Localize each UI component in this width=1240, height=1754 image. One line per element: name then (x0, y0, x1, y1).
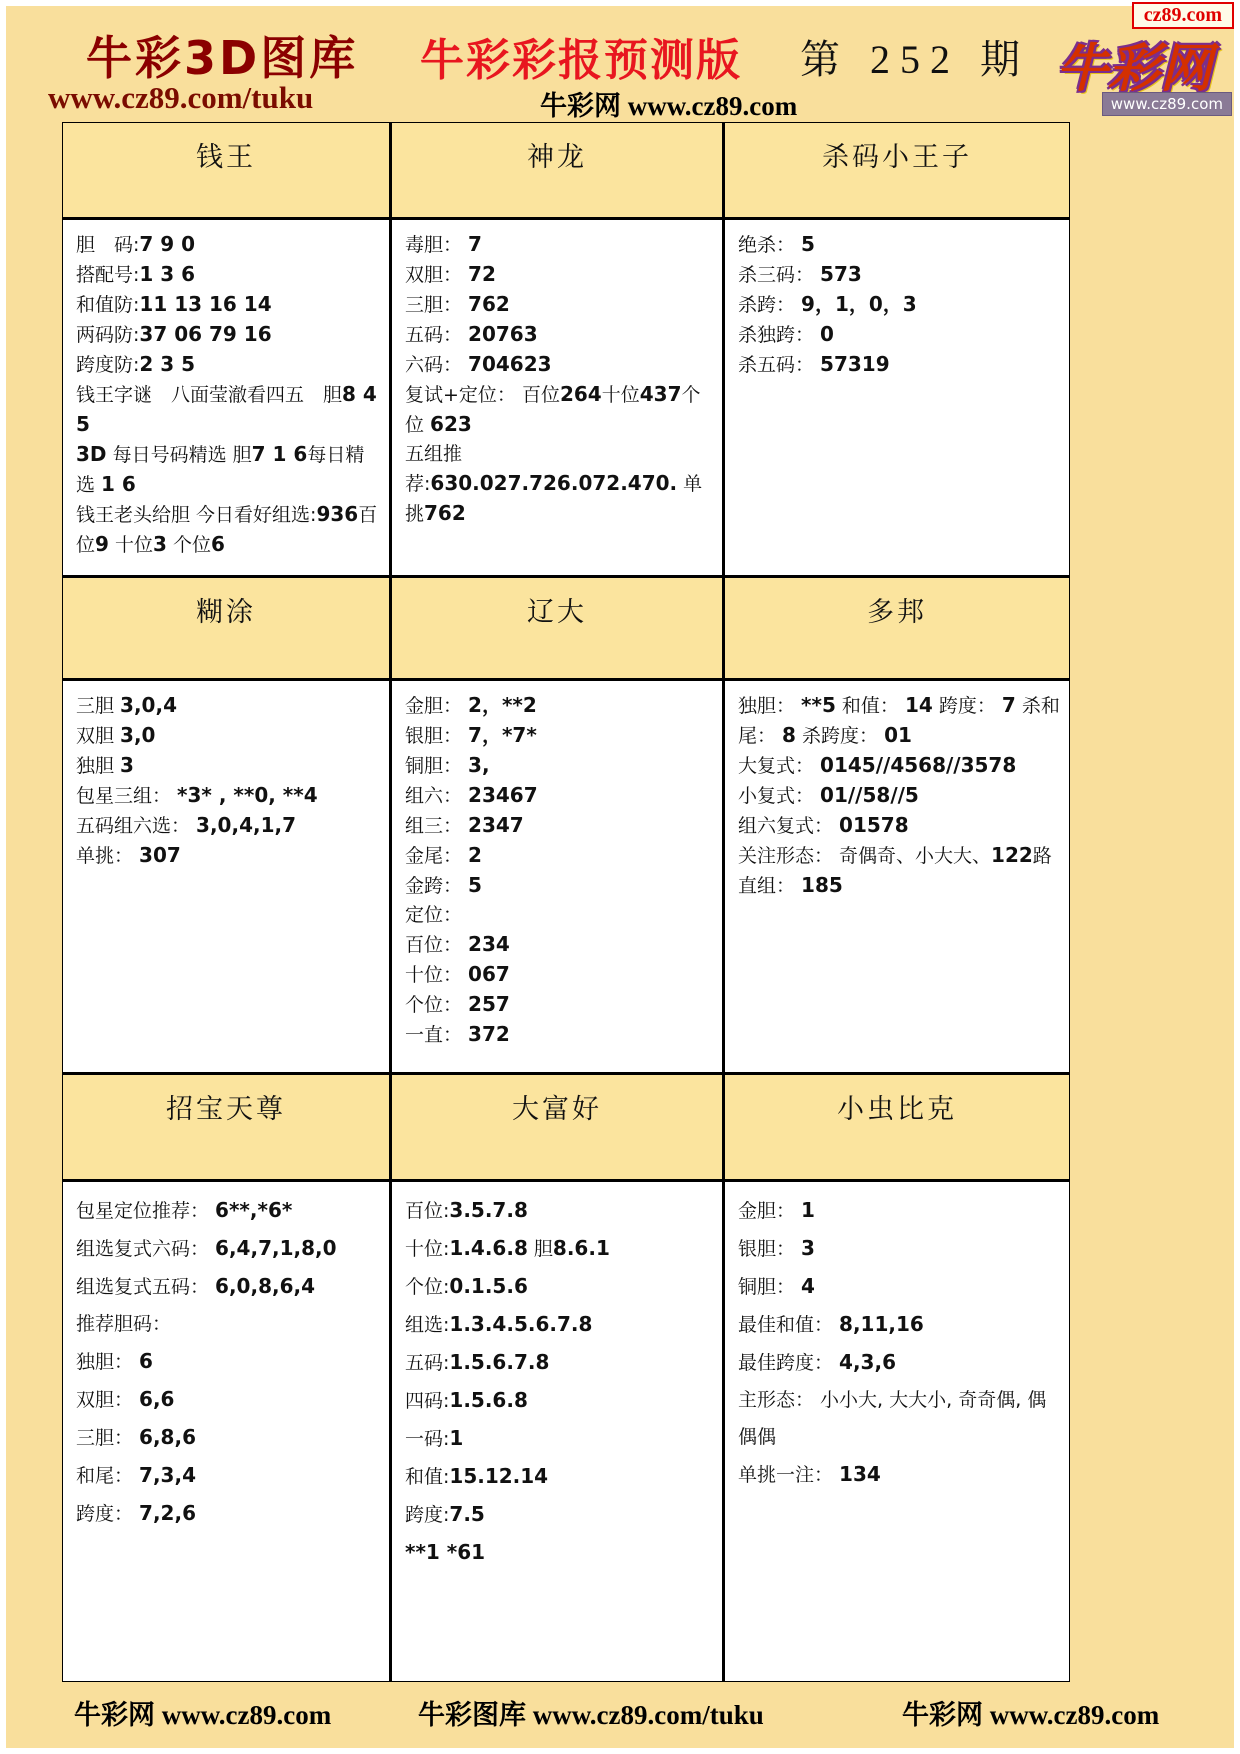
prediction-line: 双胆： 6,6 (76, 1381, 381, 1419)
site-url-tuku: www.cz89.com/tuku (48, 80, 313, 116)
prediction-line: 三胆 3,0,4 (76, 691, 381, 721)
prediction-line: 包星定位推荐： 6**,*6* (76, 1192, 381, 1230)
logo-url: www.cz89.com (1102, 92, 1232, 116)
prediction-line: 双胆 3,0 (76, 721, 381, 751)
panel-9: 小虫比克金胆： 1银胆： 3铜胆： 4最佳和值： 8,11,16最佳跨度： 4,… (725, 1075, 1069, 1681)
panel-title: 辽大 (392, 578, 722, 629)
prediction-line: 双胆： 72 (405, 260, 714, 290)
prediction-line: 组选复式六码： 6,4,7,1,8,0 (76, 1230, 381, 1268)
prediction-line: 两码防:37 06 79 16 (76, 320, 381, 350)
footer-url-right: 牛彩网 www.cz89.com (902, 1693, 1159, 1732)
prediction-line: 复试+定位： 百位264十位437个位 623 (405, 380, 714, 440)
prediction-line: 毒胆： 7 (405, 230, 714, 260)
prediction-line: 个位:0.1.5.6 (405, 1268, 714, 1306)
prediction-line: 和值:15.12.14 (405, 1458, 714, 1496)
prediction-line: 跨度： 7,2,6 (76, 1495, 381, 1533)
prediction-line: 钱王字谜 八面莹澈看四五 胆8 4 5 (76, 380, 381, 440)
prediction-line: 单挑一注： 134 (738, 1456, 1061, 1494)
prediction-line: 单挑： 307 (76, 841, 381, 871)
prediction-line: 跨度:7.5 (405, 1496, 714, 1534)
panel-4: 糊涂三胆 3,0,4双胆 3,0独胆 3包星三组： *3* , **0, **4… (63, 578, 389, 1072)
prediction-line: 五组推荐:630.027.726.072.470. 单挑762 (405, 440, 714, 529)
site-logo: cz89.com 牛彩网 www.cz89.com (1048, 0, 1238, 118)
panel-title: 神龙 (392, 123, 722, 174)
prediction-line: 杀跨： 9，1，0，3 (738, 290, 1061, 320)
panel-header-band: 糊涂 (63, 578, 389, 681)
panel-title: 杀码小王子 (725, 123, 1069, 174)
prediction-line: 包星三组： *3* , **0, **4 (76, 781, 381, 811)
prediction-line: 银胆： 7，*7* (405, 721, 714, 751)
prediction-line: 推荐胆码： (76, 1306, 381, 1343)
prediction-line: 组选复式五码： 6,0,8,6,4 (76, 1268, 381, 1306)
prediction-line: 独胆： **5 和值： 14 跨度： 7 杀和尾： 8 杀跨度： 01 (738, 691, 1061, 751)
prediction-line: 和尾： 7,3,4 (76, 1457, 381, 1495)
prediction-line: 个位： 257 (405, 990, 714, 1020)
panel-title: 小虫比克 (725, 1075, 1069, 1126)
panel-title: 糊涂 (63, 578, 389, 629)
prediction-line: 小复式： 01//58//5 (738, 781, 1061, 811)
panel-8: 大富好百位:3.5.7.8十位:1.4.6.8 胆8.6.1个位:0.1.5.6… (392, 1075, 722, 1681)
panel-6: 多邦独胆： **5 和值： 14 跨度： 7 杀和尾： 8 杀跨度： 01大复式… (725, 578, 1069, 1072)
prediction-line: 最佳跨度： 4,3,6 (738, 1344, 1061, 1382)
prediction-line: 百位:3.5.7.8 (405, 1192, 714, 1230)
prediction-line: 银胆： 3 (738, 1230, 1061, 1268)
prediction-line: 三胆： 762 (405, 290, 714, 320)
footer-url-left: 牛彩网 www.cz89.com (74, 1693, 331, 1732)
prediction-line: 组三： 2347 (405, 811, 714, 841)
prediction-line: 六码： 704623 (405, 350, 714, 380)
site-url-main: 牛彩网 www.cz89.com (540, 84, 797, 123)
prediction-line: 杀三码： 573 (738, 260, 1061, 290)
prediction-line: 五码： 20763 (405, 320, 714, 350)
prediction-line: 五码:1.5.6.7.8 (405, 1344, 714, 1382)
panel-title: 招宝天尊 (63, 1075, 389, 1126)
prediction-line: 组六： 23467 (405, 781, 714, 811)
prediction-line: 四码:1.5.6.8 (405, 1382, 714, 1420)
prediction-line: 主形态： 小小大, 大大小, 奇奇偶, 偶偶偶 (738, 1382, 1061, 1456)
prediction-line: 和值防:11 13 16 14 (76, 290, 381, 320)
prediction-line: 定位： (405, 901, 714, 930)
prediction-line: 组六复式： 01578 (738, 811, 1061, 841)
panel-header-band: 辽大 (392, 578, 722, 681)
panel-header-band: 杀码小王子 (725, 123, 1069, 220)
prediction-line: 搭配号:1 3 6 (76, 260, 381, 290)
prediction-line: 跨度防:2 3 5 (76, 350, 381, 380)
prediction-line: **1 *61 (405, 1534, 714, 1572)
prediction-line: 独胆 3 (76, 751, 381, 781)
issue-number: 第 252 期 (800, 28, 1030, 85)
panel-3: 杀码小王子绝杀： 5杀三码： 573杀跨： 9，1，0，3杀独跨： 0杀五码： … (725, 123, 1069, 575)
page-title: 牛彩彩报预测版 (420, 24, 742, 88)
panel-body: 金胆： 1银胆： 3铜胆： 4最佳和值： 8,11,16最佳跨度： 4,3,6主… (725, 1182, 1069, 1681)
panel-title: 多邦 (725, 578, 1069, 629)
corner-badge: cz89.com (1132, 2, 1234, 29)
panel-title: 钱王 (63, 123, 389, 174)
panel-header-band: 大富好 (392, 1075, 722, 1182)
panel-body: 包星定位推荐： 6**,*6*组选复式六码： 6,4,7,1,8,0组选复式五码… (63, 1182, 389, 1681)
panel-body: 独胆： **5 和值： 14 跨度： 7 杀和尾： 8 杀跨度： 01大复式： … (725, 681, 1069, 1072)
prediction-line: 杀独跨： 0 (738, 320, 1061, 350)
prediction-line: 三胆： 6,8,6 (76, 1419, 381, 1457)
panel-body: 胆 码:7 9 0搭配号:1 3 6和值防:11 13 16 14两码防:37 … (63, 220, 389, 575)
prediction-line: 金胆： 2，**2 (405, 691, 714, 721)
prediction-line: 组选:1.3.4.5.6.7.8 (405, 1306, 714, 1344)
panel-1: 钱王胆 码:7 9 0搭配号:1 3 6和值防:11 13 16 14两码防:3… (63, 123, 389, 575)
panel-body: 三胆 3,0,4双胆 3,0独胆 3包星三组： *3* , **0, **4五码… (63, 681, 389, 1072)
prediction-line: 百位： 234 (405, 930, 714, 960)
prediction-line: 杀五码： 57319 (738, 350, 1061, 380)
prediction-line: 铜胆： 3, (405, 751, 714, 781)
prediction-line: 五码组六选： 3,0,4,1,7 (76, 811, 381, 841)
prediction-line: 直组： 185 (738, 871, 1061, 901)
panel-body: 毒胆： 7双胆： 72三胆： 762五码： 20763六码： 704623复试+… (392, 220, 722, 575)
prediction-line: 十位： 067 (405, 960, 714, 990)
panel-body: 百位:3.5.7.8十位:1.4.6.8 胆8.6.1个位:0.1.5.6组选:… (392, 1182, 722, 1681)
panel-2: 神龙毒胆： 7双胆： 72三胆： 762五码： 20763六码： 704623复… (392, 123, 722, 575)
panel-5: 辽大金胆： 2，**2银胆： 7，*7*铜胆： 3,组六： 23467组三： 2… (392, 578, 722, 1072)
prediction-line: 一直： 372 (405, 1020, 714, 1050)
panel-header-band: 钱王 (63, 123, 389, 220)
panel-header-band: 多邦 (725, 578, 1069, 681)
panel-header-band: 神龙 (392, 123, 722, 220)
site-title: 牛彩3D图库 (86, 22, 358, 88)
prediction-grid: 钱王胆 码:7 9 0搭配号:1 3 6和值防:11 13 16 14两码防:3… (62, 122, 1070, 1682)
prediction-line: 大复式： 0145//4568//3578 (738, 751, 1061, 781)
prediction-line: 十位:1.4.6.8 胆8.6.1 (405, 1230, 714, 1268)
panel-body: 金胆： 2，**2银胆： 7，*7*铜胆： 3,组六： 23467组三： 234… (392, 681, 722, 1072)
panel-title: 大富好 (392, 1075, 722, 1126)
footer-url-mid: 牛彩图库 www.cz89.com/tuku (418, 1693, 764, 1732)
prediction-line: 钱王老头给胆 今日看好组选:936百位9 十位3 个位6 (76, 500, 381, 560)
prediction-line: 关注形态： 奇偶奇、小大大、122路 (738, 841, 1061, 871)
panel-header-band: 招宝天尊 (63, 1075, 389, 1182)
prediction-line: 金尾： 2 (405, 841, 714, 871)
logo-wordmark: 牛彩网 (1056, 26, 1212, 101)
prediction-line: 金跨： 5 (405, 871, 714, 901)
prediction-line: 最佳和值： 8,11,16 (738, 1306, 1061, 1344)
prediction-line: 胆 码:7 9 0 (76, 230, 381, 260)
panel-body: 绝杀： 5杀三码： 573杀跨： 9，1，0，3杀独跨： 0杀五码： 57319 (725, 220, 1069, 575)
prediction-line: 3D 每日号码精选 胆7 1 6每日精选 1 6 (76, 440, 381, 500)
prediction-line: 铜胆： 4 (738, 1268, 1061, 1306)
prediction-line: 绝杀： 5 (738, 230, 1061, 260)
panel-7: 招宝天尊包星定位推荐： 6**,*6*组选复式六码： 6,4,7,1,8,0组选… (63, 1075, 389, 1681)
prediction-line: 金胆： 1 (738, 1192, 1061, 1230)
prediction-line: 一码:1 (405, 1420, 714, 1458)
panel-header-band: 小虫比克 (725, 1075, 1069, 1182)
prediction-line: 独胆： 6 (76, 1343, 381, 1381)
